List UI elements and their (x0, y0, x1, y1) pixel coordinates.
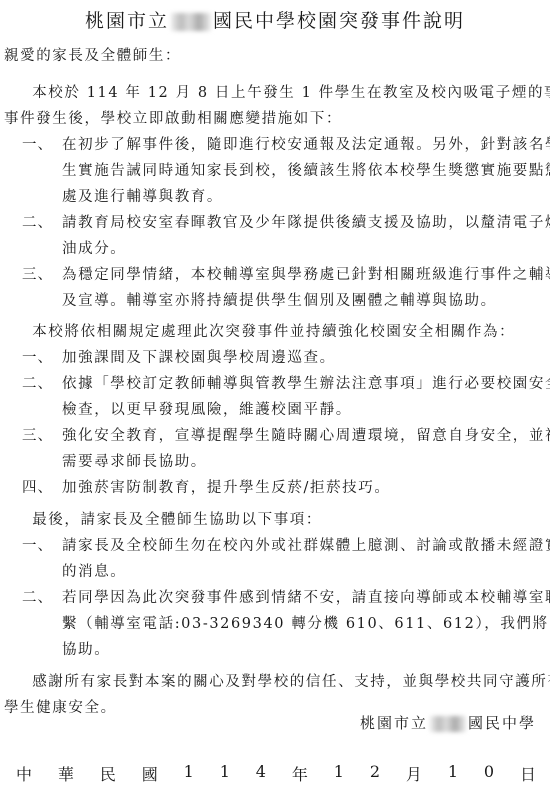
safety-line: 依據「學校訂定教師輔導與管教學生辦法注意事項」進行必要校園安全 (62, 372, 550, 393)
date-char: 國 (142, 762, 158, 785)
signature: 桃園市立國民中學 (360, 712, 536, 733)
document-title: 桃園市立國民中學校園突發事件說明 (0, 6, 550, 33)
title-prefix: 桃園市立 (85, 10, 169, 32)
redacted-school-name (171, 13, 211, 31)
safety-number: 四、 (22, 476, 53, 497)
request-number: 一、 (22, 534, 53, 555)
safety-number: 三、 (22, 424, 53, 445)
date-char: 日 (520, 762, 536, 785)
measure-number: 三、 (22, 263, 53, 284)
safety-line: 加強菸害防制教育，提升學生反菸/拒菸技巧。 (62, 476, 390, 497)
signature-prefix: 桃園市立 (360, 714, 428, 732)
safety-line: 檢查，以更早發現風險，維護校園平靜。 (62, 398, 352, 419)
request-number: 二、 (22, 586, 53, 607)
document-date: 中 華 民 國 1 1 4 年 1 2 月 1 0 日 (16, 762, 536, 785)
date-char: 1 (448, 762, 458, 785)
request-line: 請家長及全校師生勿在校內外或社群媒體上臆測、討論或散播未經證實 (62, 534, 550, 555)
date-char: 年 (292, 762, 308, 785)
date-char: 華 (58, 762, 74, 785)
measure-number: 二、 (22, 211, 53, 232)
request-line: 繫（輔導室電話:03-3269340 轉分機 610、611、612），我們將即… (62, 612, 550, 633)
measure-line: 為穩定同學情緒，本校輔導室與學務處已針對相關班級進行事件之輔導 (62, 263, 550, 284)
date-char: 1 (334, 762, 344, 785)
measure-line: 在初步了解事件後，隨即進行校安通報及法定通報。另外，針對該名學 (62, 133, 550, 154)
measure-line: 油成分。 (62, 237, 126, 258)
request-line: 協助。 (62, 638, 110, 659)
safety-line: 強化安全教育，宣導提醒學生隨時關心周遭環境，留意自身安全，並視 (62, 424, 550, 445)
measure-line: 請教育局校安室春暉教官及少年隊提供後續支援及協助，以釐清電子煙 (62, 211, 550, 232)
date-char: 2 (370, 762, 380, 785)
request-line: 的消息。 (62, 560, 126, 581)
closing-line-2: 學生健康安全。 (4, 696, 117, 717)
redacted-school-name (430, 716, 466, 732)
safety-line: 加強課間及下課校園與學校周邊巡查。 (62, 346, 336, 367)
measure-line: 處及進行輔導與教育。 (62, 185, 223, 206)
date-char: 4 (256, 762, 266, 785)
title-suffix: 國民中學校園突發事件說明 (213, 10, 465, 32)
safety-line: 需要尋求師長協助。 (62, 450, 207, 471)
request-line: 若同學因為此次突發事件感到情緒不安，請直接向導師或本校輔導室聯 (62, 586, 550, 607)
closing-line-1: 感謝所有家長對本案的關心及對學校的信任、支持，並與學校共同守護所有 (0, 670, 550, 691)
date-char: 月 (406, 762, 422, 785)
measure-number: 一、 (22, 133, 53, 154)
intro-line-2: 事件發生後，學校立即啟動相關應變措施如下： (4, 107, 342, 128)
measure-line: 生實施告誡同時通知家長到校，後續該生將依本校學生獎懲實施要點懲 (62, 159, 550, 180)
date-char: 1 (184, 762, 194, 785)
request-intro: 最後，請家長及全體師生協助以下事項： (0, 508, 322, 529)
greeting: 親愛的家長及全體師生： (4, 44, 181, 65)
safety-intro: 本校將依相關規定處理此次突發事件並持續強化校園安全相關作為： (0, 320, 515, 341)
signature-suffix: 國民中學 (468, 714, 536, 732)
measure-line: 及宣導。輔導室亦將持續提供學生個別及團體之輔導與協助。 (62, 289, 497, 310)
date-char: 中 (16, 762, 32, 785)
date-char: 0 (484, 762, 494, 785)
safety-number: 二、 (22, 372, 53, 393)
safety-number: 一、 (22, 346, 53, 367)
intro-line-1: 本校於 114 年 12 月 8 日上午發生 1 件學生在教室及校內吸電子煙的事… (0, 81, 550, 102)
date-char: 民 (100, 762, 116, 785)
date-char: 1 (220, 762, 230, 785)
